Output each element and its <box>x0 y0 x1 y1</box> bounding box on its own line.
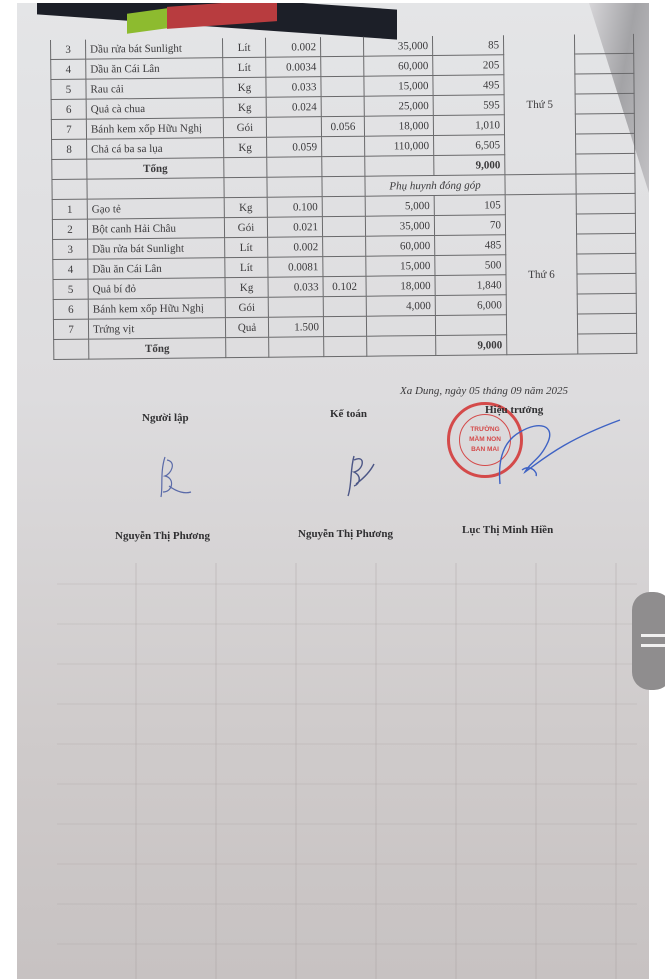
row-number: 5 <box>51 79 86 99</box>
item-name: Dầu ăn Cái Lân <box>86 58 223 79</box>
row-number: 6 <box>51 99 86 119</box>
item-unit: Quả <box>225 317 268 337</box>
signature-title-preparer: Người lập <box>142 412 189 424</box>
amount <box>435 315 506 336</box>
item-name: Gạo tẻ <box>87 198 224 219</box>
blank-cell <box>54 339 89 359</box>
blank-cell <box>224 157 267 177</box>
amount: 500 <box>435 255 506 276</box>
row-number: 8 <box>52 139 87 159</box>
item-quantity-alt <box>320 37 363 57</box>
drag-handle-icon <box>641 634 665 637</box>
blank-cell <box>576 173 635 194</box>
unit-price: 60,000 <box>364 55 433 76</box>
bleed-through-grid <box>57 563 637 979</box>
total-amount: 9,000 <box>434 155 505 176</box>
item-quantity-alt <box>322 196 365 216</box>
amount: 105 <box>434 195 505 216</box>
item-unit: Kg <box>224 197 267 217</box>
unit-price: 18,000 <box>364 115 433 136</box>
blank-cell <box>575 113 634 134</box>
blank-cell <box>322 176 365 196</box>
blank-cell <box>578 333 637 354</box>
amount: 495 <box>433 75 504 96</box>
unit-price: 18,000 <box>366 275 435 296</box>
item-name: Bánh kem xốp Hữu Nghị <box>86 118 223 139</box>
item-quantity-alt <box>321 76 364 96</box>
item-quantity: 0.024 <box>266 97 321 118</box>
row-number: 7 <box>51 119 86 139</box>
item-quantity-alt <box>323 316 366 336</box>
blank-cell <box>224 177 267 197</box>
blank-cell <box>322 156 365 176</box>
total-amount: 9,000 <box>436 335 507 356</box>
item-quantity-alt <box>322 216 365 236</box>
background-object <box>127 8 167 34</box>
meal-cost-table: 3Dầu rửa bát SunlightLít0.00235,00085Thứ… <box>50 34 637 360</box>
unit-price: 25,000 <box>364 95 433 116</box>
blank-cell <box>269 337 324 358</box>
amount: 6,000 <box>435 295 506 316</box>
item-quantity: 0.033 <box>266 77 321 98</box>
item-quantity: 0.021 <box>267 217 322 238</box>
blank-cell <box>324 336 367 356</box>
item-unit: Gói <box>223 117 266 137</box>
item-unit: Lít <box>223 57 266 77</box>
item-quantity-alt <box>321 56 364 76</box>
item-unit: Kg <box>223 77 266 97</box>
item-unit: Lít <box>225 257 268 277</box>
unit-price <box>366 315 435 336</box>
unit-price: 110,000 <box>365 135 434 156</box>
item-quantity-alt: 0.056 <box>321 116 364 136</box>
item-quantity: 0.100 <box>267 197 322 218</box>
total-label: Tổng <box>89 338 226 359</box>
item-name: Bột canh Hải Châu <box>87 218 224 239</box>
item-unit: Gói <box>224 217 267 237</box>
item-quantity-alt <box>322 136 365 156</box>
unit-price: 35,000 <box>363 36 432 56</box>
row-number: 7 <box>53 319 88 339</box>
signature-accountant <box>340 450 380 500</box>
unit-price: 15,000 <box>364 75 433 96</box>
blank-cell <box>576 213 635 234</box>
signature-name-preparer: Nguyễn Thị Phương <box>115 530 210 542</box>
blank-cell <box>577 253 636 274</box>
item-name: Quả bí đỏ <box>88 278 225 299</box>
blank-cell <box>576 193 635 214</box>
blank-cell <box>367 335 436 356</box>
blank-cell <box>577 293 636 314</box>
amount: 1,010 <box>433 115 504 136</box>
item-unit: Lít <box>222 38 265 58</box>
blank-cell <box>577 313 636 334</box>
day-label: Thứ 5 <box>503 35 575 175</box>
blank-cell <box>52 179 87 199</box>
blank-cell <box>576 133 635 154</box>
unit-price: 35,000 <box>365 215 434 236</box>
blank-cell <box>577 233 636 254</box>
item-unit: Lít <box>225 237 268 257</box>
item-name: Dầu ăn Cái Lân <box>88 258 225 279</box>
unit-price: 15,000 <box>366 255 435 276</box>
blank-cell <box>505 174 576 195</box>
row-number: 3 <box>53 239 88 259</box>
item-quantity: 1.500 <box>268 317 323 338</box>
amount: 485 <box>435 235 506 256</box>
blank-cell <box>365 155 434 176</box>
blank-cell <box>576 153 635 174</box>
signature-preparer <box>155 452 195 502</box>
amount: 1,840 <box>435 275 506 296</box>
item-quantity <box>268 297 323 318</box>
item-name: Dầu rửa bát Sunlight <box>88 238 225 259</box>
unit-price: 4,000 <box>366 295 435 316</box>
item-unit: Kg <box>224 137 267 157</box>
blank-cell <box>87 178 224 199</box>
item-name: Quả cà chua <box>86 98 223 119</box>
signature-title-principal: Hiệu trưởng <box>485 404 543 416</box>
scroll-handle[interactable] <box>632 592 665 690</box>
item-name: Bánh kem xốp Hữu Nghị <box>88 298 225 319</box>
unit-price: 5,000 <box>365 195 434 216</box>
date-line: Xa Dung, ngày 05 tháng 09 năm 2025 <box>400 385 568 397</box>
amount: 6,505 <box>434 135 505 156</box>
item-quantity-alt: 0.102 <box>323 276 366 296</box>
drag-handle-icon <box>641 644 665 647</box>
item-quantity-alt <box>323 236 366 256</box>
row-number: 6 <box>53 299 88 319</box>
row-number: 5 <box>53 279 88 299</box>
item-unit: Kg <box>223 97 266 117</box>
blank-cell <box>577 273 636 294</box>
item-quantity-alt <box>321 96 364 116</box>
blank-cell <box>574 34 633 54</box>
item-quantity: 0.059 <box>267 137 322 158</box>
item-name: Dầu rửa bát Sunlight <box>85 38 222 59</box>
signature-name-principal: Lục Thị Minh Hiền <box>462 524 553 536</box>
item-name: Chả cá ba sa lụa <box>87 138 224 159</box>
item-unit: Gói <box>225 297 268 317</box>
blank-cell <box>267 177 322 198</box>
blank-cell <box>267 157 322 178</box>
amount: 205 <box>433 55 504 76</box>
blank-cell <box>226 337 269 357</box>
signature-principal <box>480 412 630 492</box>
item-name: Rau cải <box>86 78 223 99</box>
row-number: 4 <box>51 59 86 79</box>
unit-price: 60,000 <box>366 235 435 256</box>
blank-cell <box>52 159 87 179</box>
contribution-note: Phụ huynh đóng góp <box>365 175 505 196</box>
item-quantity: 0.002 <box>265 37 320 57</box>
item-quantity-alt <box>323 256 366 276</box>
amount: 595 <box>433 95 504 116</box>
item-quantity: 0.002 <box>268 237 323 258</box>
row-number: 3 <box>50 40 85 60</box>
amount: 85 <box>432 35 503 55</box>
item-quantity <box>266 117 321 138</box>
row-number: 1 <box>52 199 87 219</box>
blank-cell <box>575 53 634 74</box>
item-unit: Kg <box>225 277 268 297</box>
day-label: Thứ 6 <box>505 194 578 355</box>
item-quantity: 0.033 <box>268 277 323 298</box>
row-number: 2 <box>52 219 87 239</box>
blank-cell <box>575 93 634 114</box>
total-label: Tổng <box>87 158 224 179</box>
row-number: 4 <box>53 259 88 279</box>
item-quantity: 0.0081 <box>268 257 323 278</box>
signature-name-accountant: Nguyễn Thị Phương <box>298 528 393 540</box>
item-name: Trứng vịt <box>88 318 225 339</box>
item-quantity: 0.0034 <box>266 57 321 78</box>
item-quantity-alt <box>323 296 366 316</box>
signature-title-accountant: Kế toán <box>330 408 367 420</box>
blank-cell <box>575 73 634 94</box>
amount: 70 <box>434 215 505 236</box>
